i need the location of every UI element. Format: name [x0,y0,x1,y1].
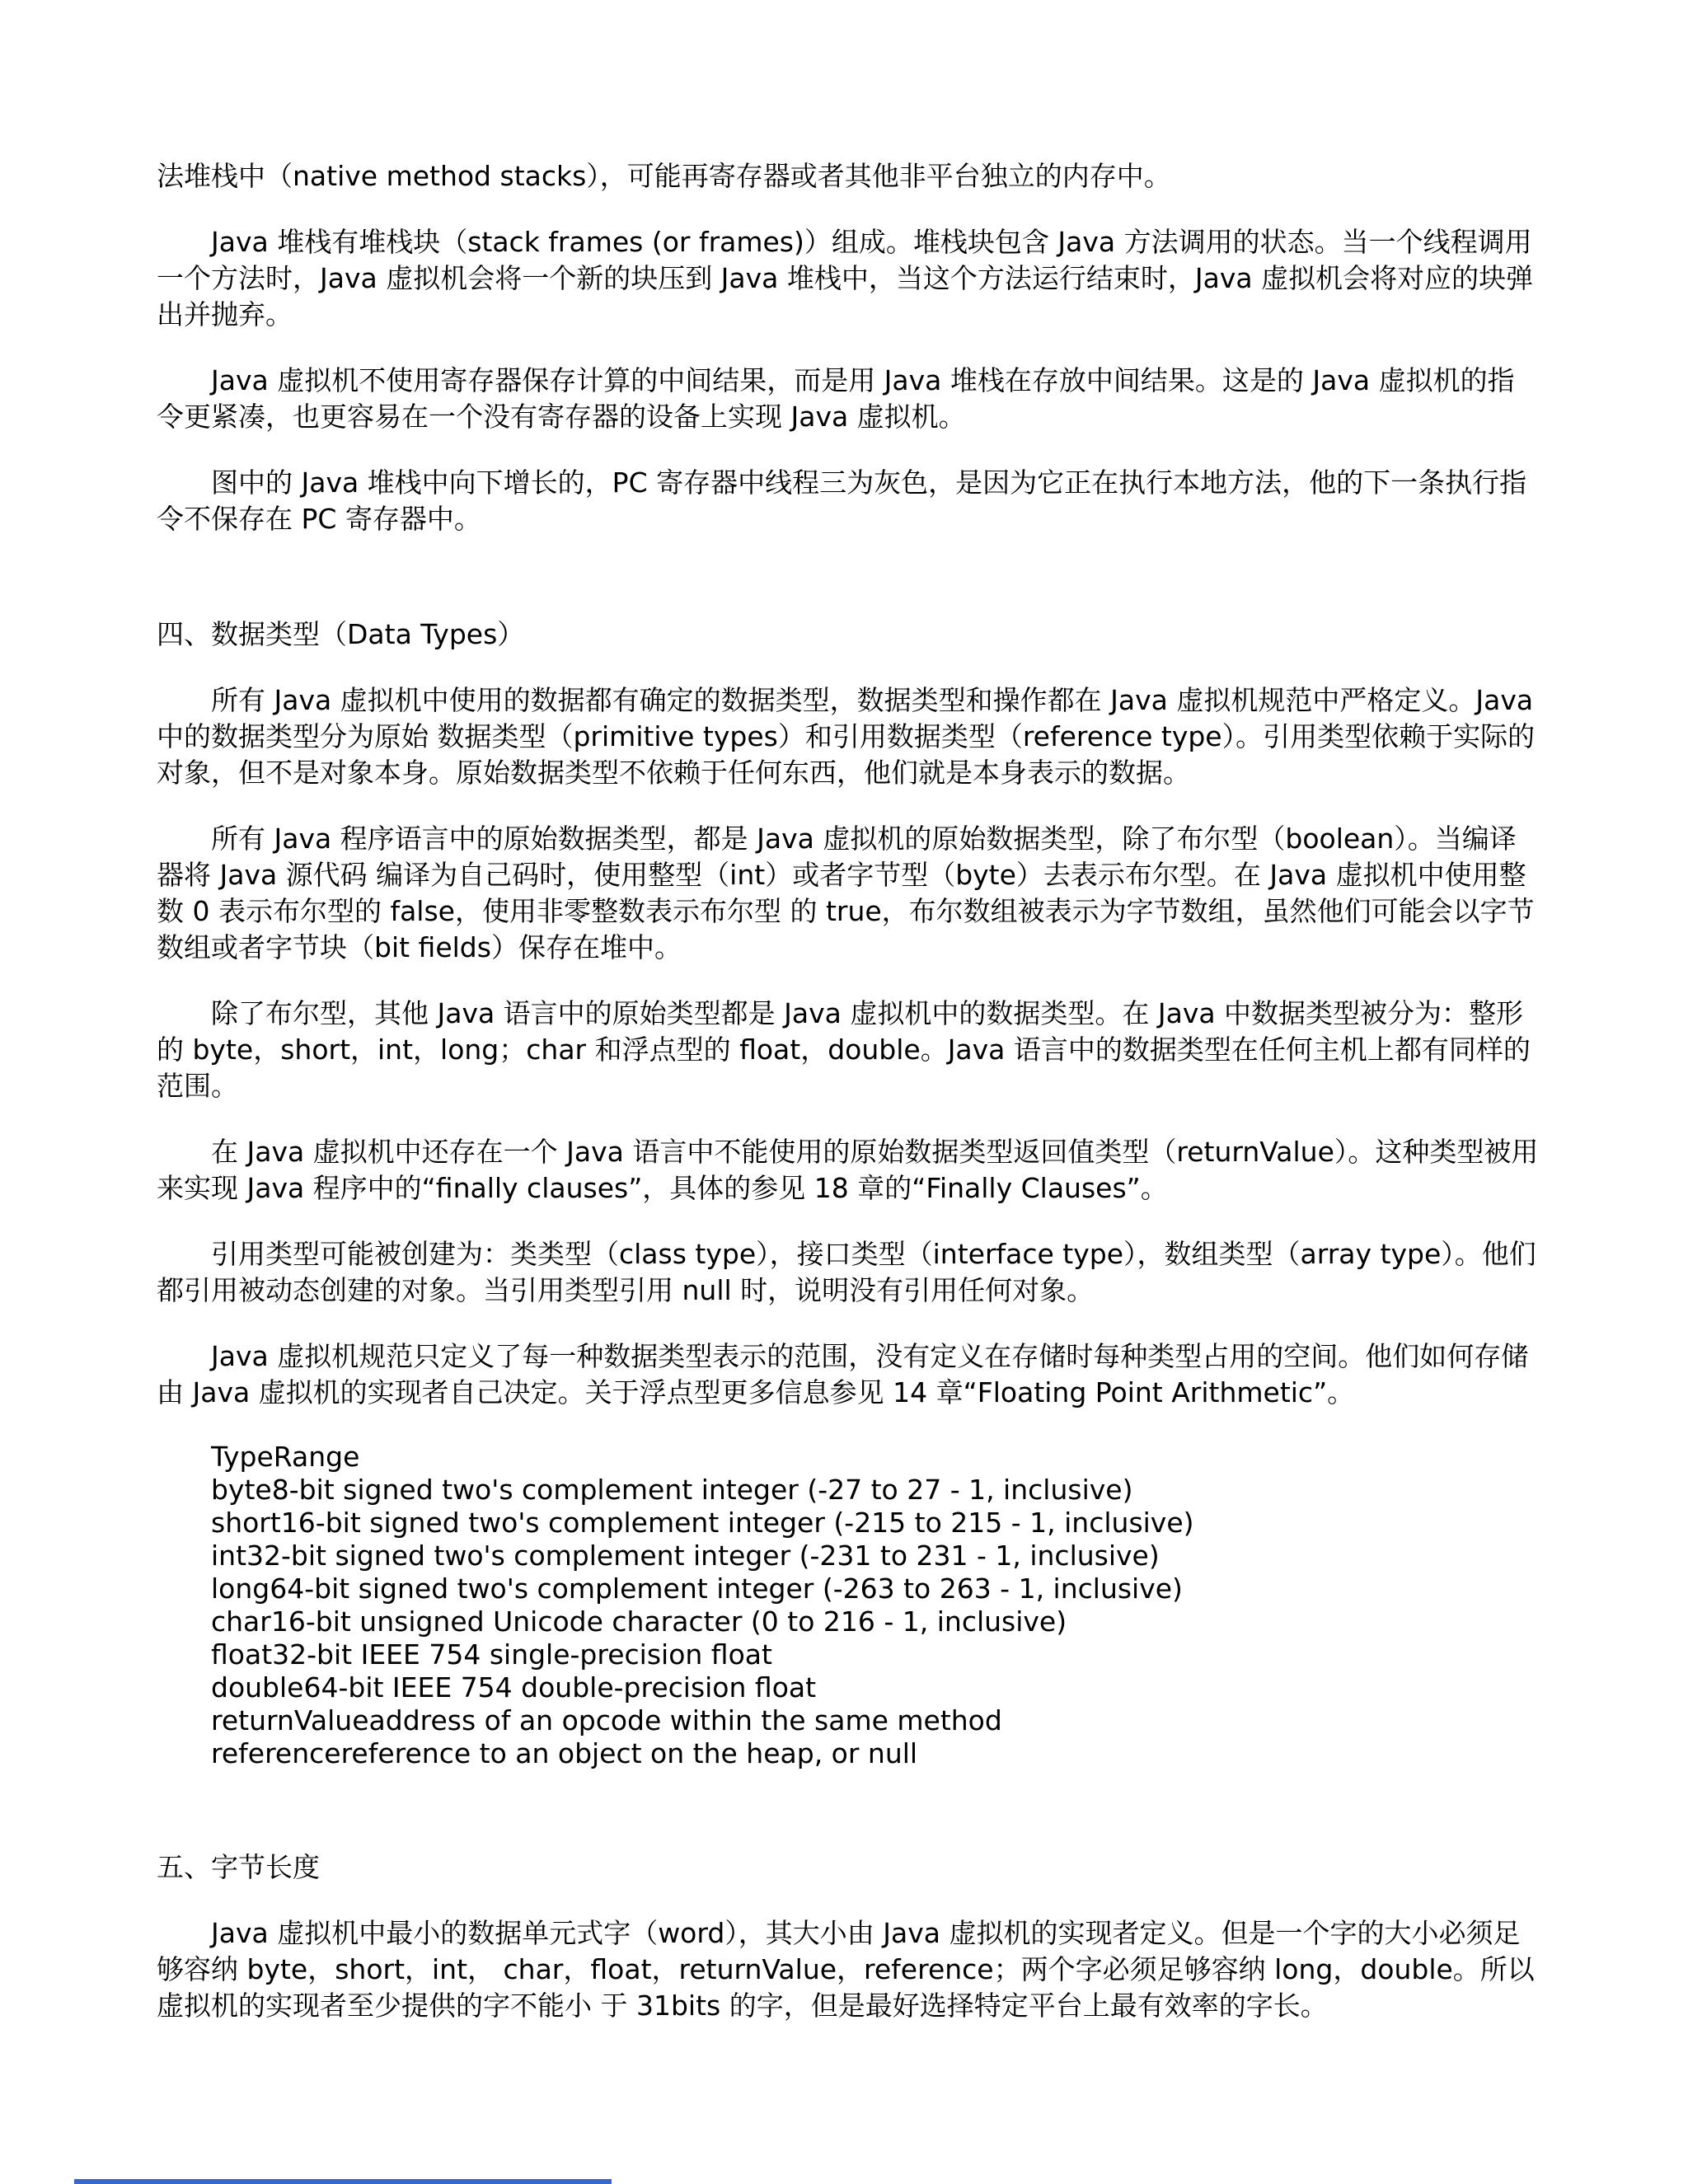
section-heading-data-types: 四、数据类型（Data Types） [157,616,1540,653]
paragraph-reference-types: 引用类型可能被创建为：类类型（class type），接口类型（interfac… [157,1236,1540,1309]
section-heading-word-length: 五、字节长度 [157,1849,1540,1886]
paragraph-primitive-boolean: 所有 Java 程序语言中的原始数据类型，都是 Java 虚拟机的原始数据类型，… [157,821,1540,966]
type-table-row-char: char16-bit unsigned Unicode character (0… [211,1605,1540,1638]
paragraph-return-value-type: 在 Java 虚拟机中还存在一个 Java 语言中不能使用的原始数据类型返回值类… [157,1134,1540,1207]
paragraph-stack-frames: Java 堆栈有堆栈块（stack frames (or frames)）组成。… [157,224,1540,333]
paragraph-integral-floating: 除了布尔型，其他 Java 语言中的原始类型都是 Java 虚拟机中的数据类型。… [157,996,1540,1104]
paragraph-pc-register-gray: 图中的 Java 堆栈中向下增长的，PC 寄存器中线程三为灰色，是因为它正在执行… [157,465,1540,537]
type-range-table: TypeRange byte8-bit signed two's complem… [211,1441,1540,1770]
paragraph-no-registers: Java 虚拟机不使用寄存器保存计算的中间结果，而是用 Java 堆栈在存放中间… [157,363,1540,435]
type-table-header: TypeRange [211,1441,1540,1474]
paragraph-word-size: Java 虚拟机中最小的数据单元式字（word），其大小由 Java 虚拟机的实… [157,1915,1540,2024]
type-table-row-float: float32-bit IEEE 754 single-precision fl… [211,1638,1540,1671]
type-table-row-byte: byte8-bit signed two's complement intege… [211,1474,1540,1507]
type-table-row-returnvalue: returnValueaddress of an opcode within t… [211,1704,1540,1737]
type-table-row-double: double64-bit IEEE 754 double-precision f… [211,1671,1540,1704]
paragraph-data-types-defined: 所有 Java 虚拟机中使用的数据都有确定的数据类型，数据类型和操作都在 Jav… [157,682,1540,791]
paragraph-native-method-stacks: 法堆栈中（native method stacks），可能再寄存器或者其他非平台… [157,158,1540,194]
type-table-row-reference: referencereference to an object on the h… [211,1737,1540,1770]
type-table-row-short: short16-bit signed two's complement inte… [211,1507,1540,1540]
type-table-row-long: long64-bit signed two's complement integ… [211,1572,1540,1605]
paragraph-spec-ranges: Java 虚拟机规范只定义了每一种数据类型表示的范围，没有定义在存储时每种类型占… [157,1338,1540,1411]
type-table-row-int: int32-bit signed two's complement intege… [211,1540,1540,1572]
document-page: 法堆栈中（native method stacks），可能再寄存器或者其他非平台… [0,0,1688,2184]
bottom-blue-bar [74,2179,612,2184]
